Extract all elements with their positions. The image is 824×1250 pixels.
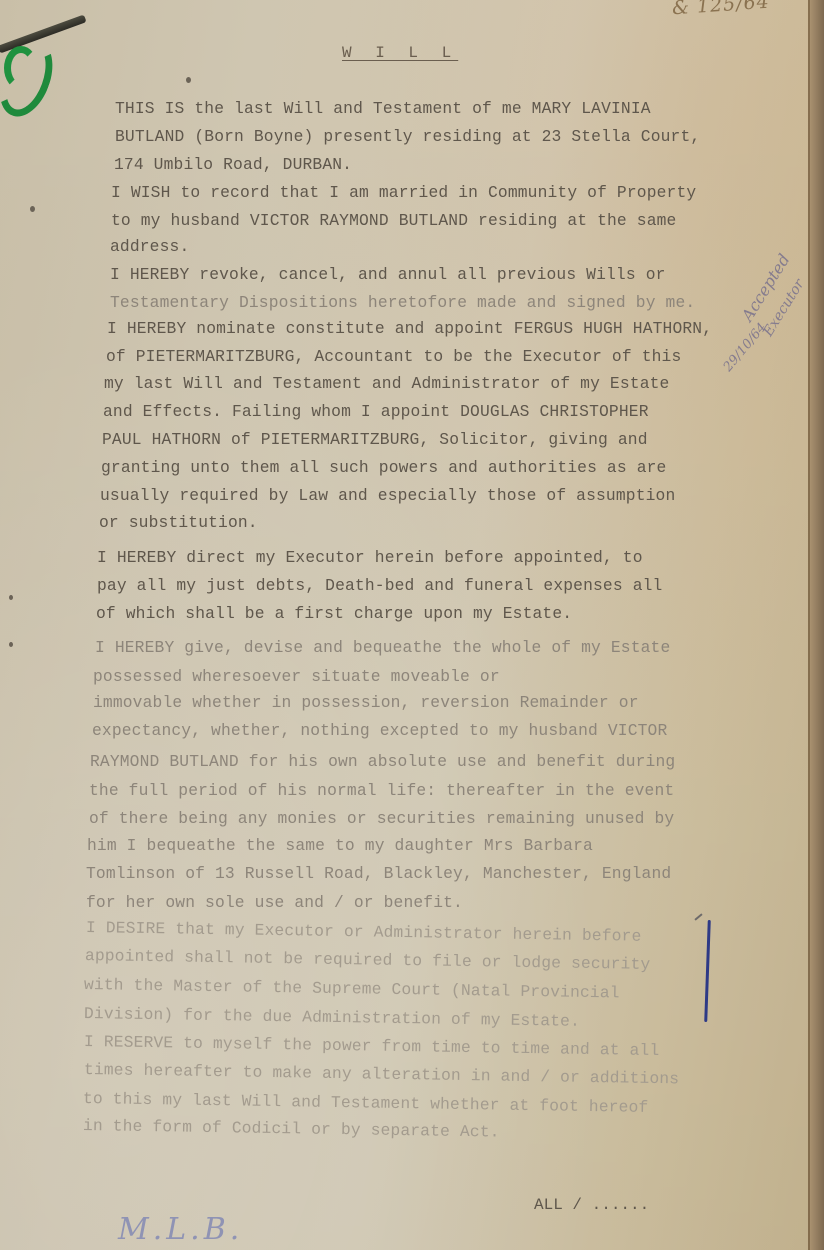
doc-line: usually required by Law and especially t… <box>100 486 675 505</box>
doc-line: him I bequeathe the same to my daughter … <box>87 836 593 855</box>
margin-dot <box>9 595 13 600</box>
page-title: W I L L <box>342 44 458 62</box>
doc-line: Division) for the due Administration of … <box>84 1004 580 1031</box>
pen-margin-bar <box>704 920 711 1022</box>
doc-line: I RESERVE to myself the power from time … <box>84 1032 660 1060</box>
doc-line: address. <box>110 237 189 256</box>
doc-line: pay all my just debts, Death-bed and fun… <box>97 576 662 595</box>
pen-tick-mark <box>694 913 702 920</box>
margin-dot <box>9 642 13 647</box>
doc-line: I DESIRE that my Executor or Administrat… <box>86 918 642 946</box>
doc-line: or substitution. <box>99 513 258 532</box>
doc-line: I HEREBY direct my Executor herein befor… <box>97 548 643 567</box>
doc-line: times hereafter to make any alteration i… <box>84 1060 679 1088</box>
doc-line: I WISH to record that I am married in Co… <box>111 183 696 202</box>
punch-dot <box>186 77 191 83</box>
doc-line: 174 Umbilo Road, DURBAN. <box>114 155 352 174</box>
doc-line: I HEREBY nominate constitute and appoint… <box>107 319 712 338</box>
page-edge-line <box>808 0 810 1250</box>
reference-annotation: & 125/64 <box>671 0 770 19</box>
doc-line: Testamentary Dispositions heretofore mad… <box>110 293 695 312</box>
doc-line: to this my last Will and Testament wheth… <box>83 1089 649 1117</box>
doc-line: for her own sole use and / or benefit. <box>86 893 463 912</box>
doc-line: I HEREBY give, devise and bequeathe the … <box>95 638 670 657</box>
continuation-marker: ALL / ...... <box>534 1196 649 1214</box>
doc-line: my last Will and Testament and Administr… <box>104 374 669 393</box>
doc-line: of there being any monies or securities … <box>89 809 674 828</box>
doc-line: immovable whether in possession, reversi… <box>93 693 639 712</box>
doc-line: to my husband VICTOR RAYMOND BUTLAND res… <box>111 211 676 230</box>
doc-line: possessed wheresoever situate moveable o… <box>93 667 500 686</box>
doc-line: THIS IS the last Will and Testament of m… <box>115 99 651 118</box>
doc-line: RAYMOND BUTLAND for his own absolute use… <box>90 752 675 771</box>
doc-line: BUTLAND (Born Boyne) presently residing … <box>115 127 700 146</box>
page-edge-shadow <box>810 0 824 1250</box>
doc-line: with the Master of the Supreme Court (Na… <box>84 975 620 1002</box>
doc-line: granting unto them all such powers and a… <box>101 458 666 477</box>
binding-string-loop-icon <box>4 46 38 90</box>
doc-line: I HEREBY revoke, cancel, and annul all p… <box>110 265 666 284</box>
signature-initials: M.L.B. <box>118 1212 243 1247</box>
doc-line: expectancy, whether, nothing excepted to… <box>92 721 667 740</box>
margin-dot <box>30 206 35 212</box>
doc-line: the full period of his normal life: ther… <box>89 781 674 800</box>
doc-line: PAUL HATHORN of PIETERMARITZBURG, Solici… <box>102 430 648 449</box>
doc-line: Tomlinson of 13 Russell Road, Blackley, … <box>86 864 671 883</box>
doc-line: of PIETERMARITZBURG, Accountant to be th… <box>106 347 681 366</box>
doc-line: of which shall be a first charge upon my… <box>96 604 572 623</box>
doc-line: and Effects. Failing whom I appoint DOUG… <box>103 402 649 421</box>
doc-line: appointed shall not be required to file … <box>85 946 651 974</box>
margin-annotation-date: 29/10/64 <box>721 320 770 374</box>
doc-line: in the form of Codicil or by separate Ac… <box>83 1116 500 1142</box>
